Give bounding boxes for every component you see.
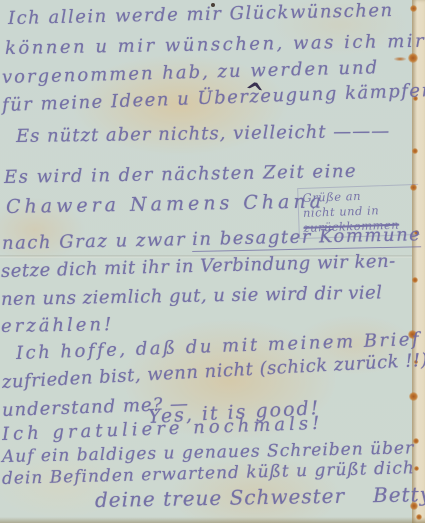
signature-closing: deine treue Schwester bbox=[95, 484, 345, 512]
rust-spot bbox=[416, 514, 422, 520]
letter-line-8: nach Graz u zwarin besagter Kommune bbox=[2, 224, 422, 254]
letter-line-8-part-b-underlined: in besagter Kommune bbox=[192, 224, 422, 252]
bottom-scan-edge bbox=[0, 517, 425, 523]
letter-line-10: nen uns ziemlich gut, u sie wird dir vie… bbox=[1, 282, 383, 310]
rust-spot bbox=[408, 53, 418, 63]
rust-spot bbox=[410, 5, 417, 12]
rust-dash bbox=[394, 57, 406, 61]
letter-line-11: erzählen! bbox=[1, 314, 115, 337]
letter-line-5: Es nützt aber nichts, vielleicht ——— bbox=[16, 121, 391, 147]
rust-spot bbox=[409, 392, 418, 401]
letter-line-2: können u mir wünschen, was ich mir bbox=[5, 31, 425, 59]
letter-scan-page: Ich allein werde mir Glückwünschen könne… bbox=[0, 0, 425, 523]
signature-name: Betty bbox=[373, 482, 425, 507]
letter-line-6: Es wird in der nächsten Zeit eine bbox=[4, 161, 357, 188]
letter-line-8-part-a: nach Graz u zwar bbox=[2, 229, 187, 254]
letter-line-7: Chawera Namens Chana bbox=[6, 190, 325, 218]
rust-spot bbox=[412, 277, 418, 283]
rust-spot bbox=[412, 148, 418, 154]
letter-line-1: Ich allein werde mir Glückwünschen bbox=[8, 0, 394, 29]
signature-line: deine treue SchwesterBetty bbox=[95, 482, 425, 512]
insertion-caret-mark: ^ bbox=[242, 78, 266, 105]
